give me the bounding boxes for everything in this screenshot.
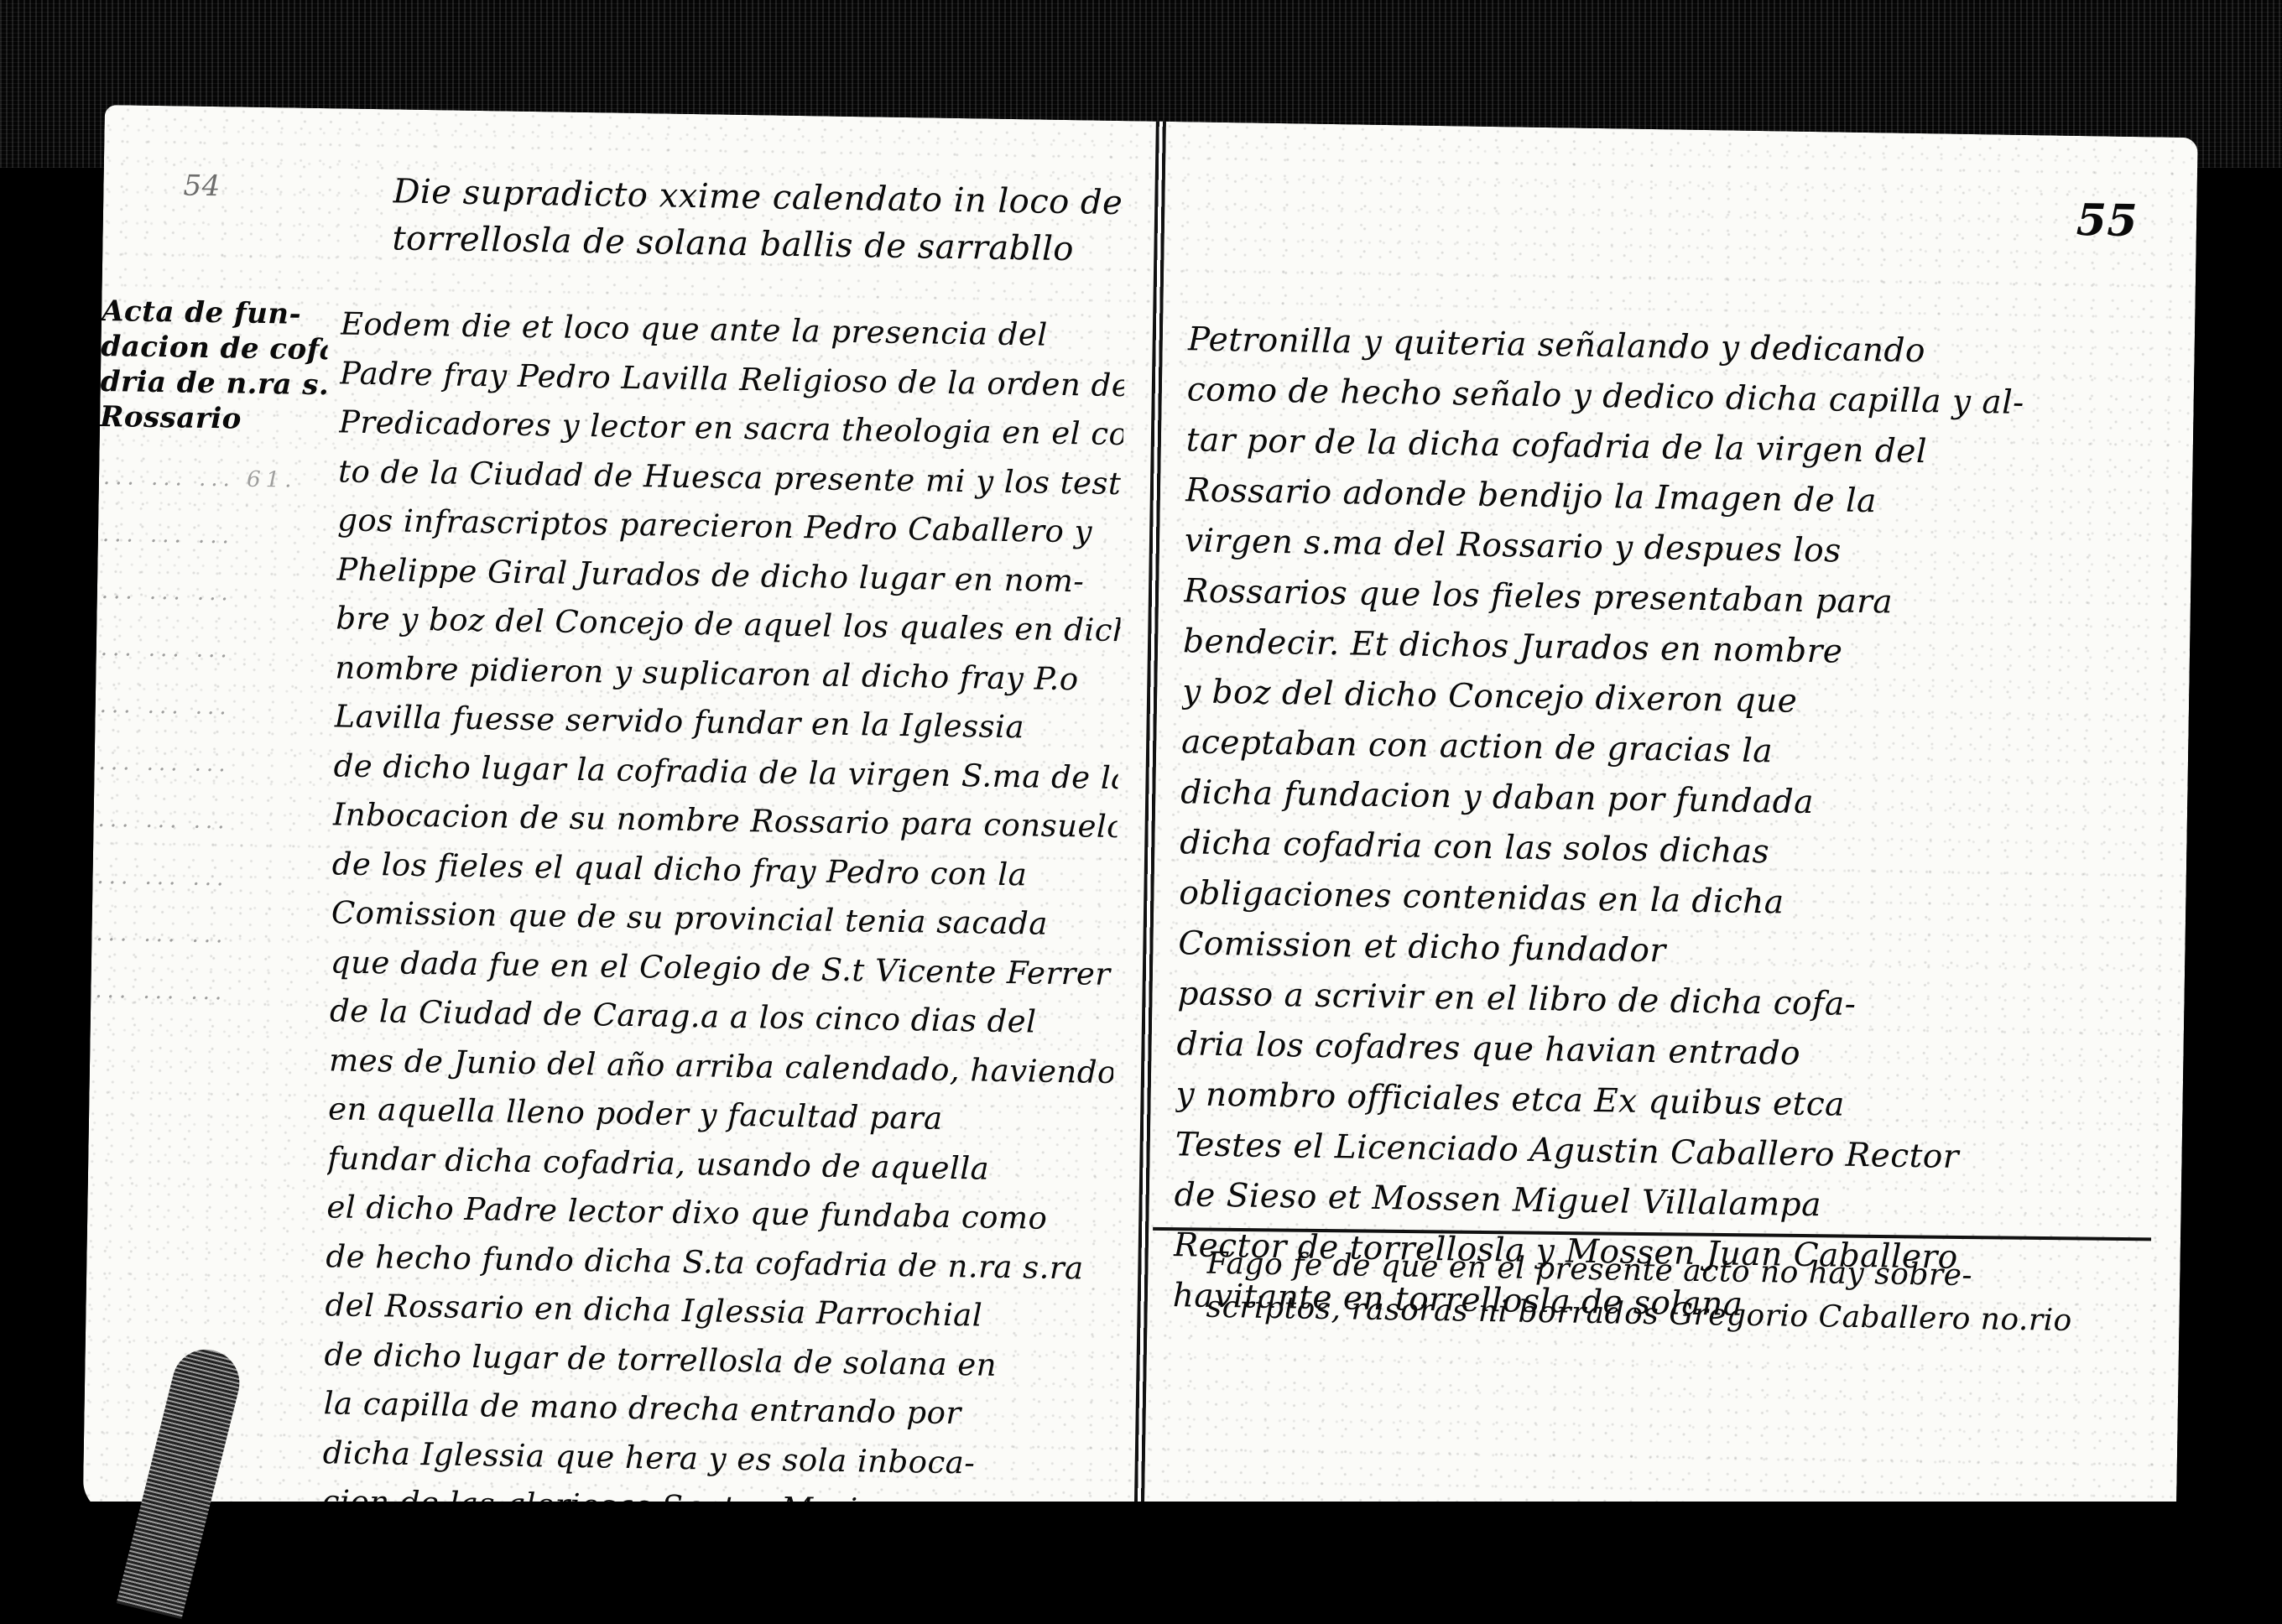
faded-line: ... ... ... 61. — [102, 449, 355, 510]
scan-dark-border-bottom — [0, 1502, 2282, 1624]
margin-note-line: Rossario — [100, 399, 327, 438]
faded-line: ... ... ... — [95, 962, 347, 1023]
faded-line: ... ... ... — [102, 506, 354, 567]
faded-line: ... ... ... — [99, 677, 352, 738]
faded-bleedthrough-text: ... ... ... 61. ... ... ... ... ... ... … — [95, 449, 356, 1023]
left-folio-number: 54 — [183, 169, 221, 203]
faded-line: ... ... ... — [98, 734, 351, 795]
left-page: 54 Die supradicto xxime calendato in loc… — [83, 105, 1158, 1531]
left-page-body: Eodem die et loco que ante la presencia … — [321, 299, 1125, 1538]
notary-attestation: Fago fe de que en el presente acto no ha… — [1206, 1242, 2146, 1345]
margin-note-line: Acta de fun- — [102, 294, 329, 332]
faded-line: ... ... ... — [100, 620, 352, 681]
faded-line: ... ... ... — [97, 791, 350, 852]
faded-line: ... ... ... — [101, 563, 353, 624]
right-folio-number: 55 — [2076, 195, 2138, 247]
right-page: 55 Petronilla y quiteria señalando y ded… — [1144, 122, 2197, 1547]
faded-line: ... ... ... — [96, 848, 349, 909]
entry-heading: Die supradicto xxime calendato in loco d… — [392, 168, 1132, 273]
faded-line: ... ... ... — [96, 905, 348, 966]
open-book-spread: 54 Die supradicto xxime calendato in loc… — [83, 105, 2194, 1547]
margin-note-line: dacion de cofa- — [101, 329, 328, 367]
right-page-body: Petronilla y quiteria señalando y dedica… — [1172, 315, 2153, 1336]
margin-note: Acta de fun- dacion de cofa- dria de n.r… — [100, 294, 329, 438]
margin-note-line: dria de n.ra s.ra del — [100, 364, 327, 403]
